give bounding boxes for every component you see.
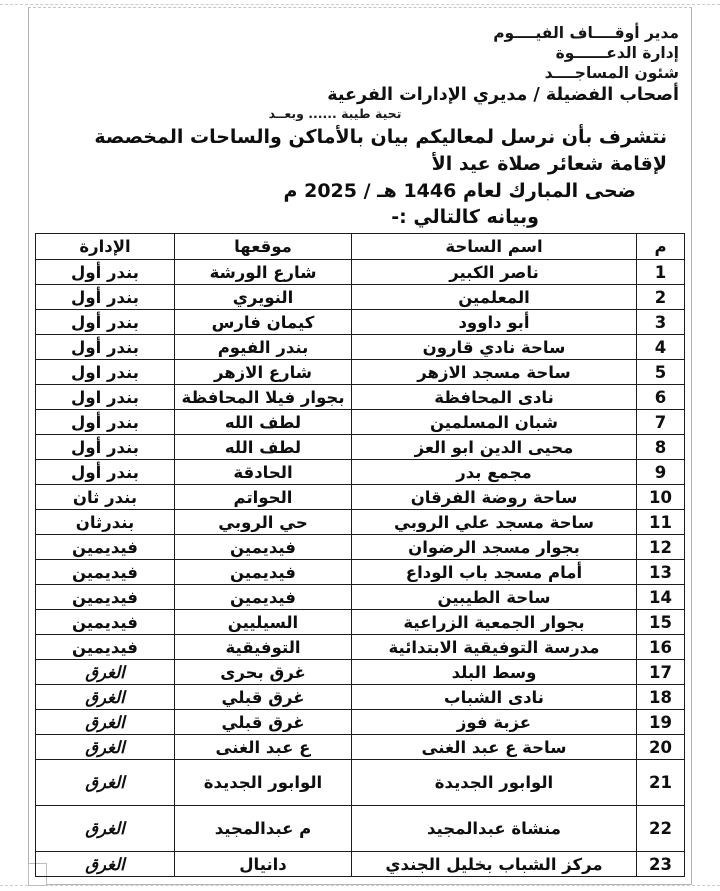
table-row: 20 ساحة ع عبد الغنى ع عبد الغنى الغرق bbox=[36, 735, 685, 760]
area-location: شارع الورشة bbox=[175, 260, 352, 285]
body-line-2: ضحى المبارك لعام 1446 هـ / 2025 م bbox=[29, 178, 691, 204]
area-location: فيديمين bbox=[175, 585, 352, 610]
table-body: 1 ناصر الكبير شارع الورشة بندر أول 2 الم… bbox=[36, 260, 685, 877]
row-number: 5 bbox=[637, 360, 685, 385]
table-row: 22 منشاة عبدالمجيد م عبدالمجيد الغرق bbox=[36, 806, 685, 852]
row-number: 10 bbox=[637, 485, 685, 510]
area-location: الوابور الجديدة bbox=[175, 760, 352, 806]
area-name: بجوار الجمعية الزراعية bbox=[352, 610, 637, 635]
table-header-row: م اسم الساحة موقعها الإدارة bbox=[36, 234, 685, 260]
table-row: 6 نادى المحافظة بجوار فيلا المحافظة بندر… bbox=[36, 385, 685, 410]
area-admin: بندر أول bbox=[36, 260, 175, 285]
row-number: 23 bbox=[637, 852, 685, 877]
area-location: م عبدالمجيد bbox=[175, 806, 352, 852]
area-location: فيديمين bbox=[175, 560, 352, 585]
table-row: 8 محيى الدين ابو العز لطف الله بندر أول bbox=[36, 435, 685, 460]
area-name: ساحة نادي قارون bbox=[352, 335, 637, 360]
table-row: 12 بجوار مسجد الرضوان فيديمين فيديمين bbox=[36, 535, 685, 560]
area-name: الوابور الجديدة bbox=[352, 760, 637, 806]
row-number: 17 bbox=[637, 660, 685, 685]
row-number: 15 bbox=[637, 610, 685, 635]
area-location: بندر الفيوم bbox=[175, 335, 352, 360]
sender-line-directorate: مدير أوقــــاف الفيــــوم bbox=[29, 23, 691, 43]
row-number: 20 bbox=[637, 735, 685, 760]
area-admin: بندر اول bbox=[36, 360, 175, 385]
area-name: منشاة عبدالمجيد bbox=[352, 806, 637, 852]
scan-edge-bottom bbox=[0, 885, 720, 886]
row-number: 22 bbox=[637, 806, 685, 852]
table-row: 2 المعلمين النويري بندر أول bbox=[36, 285, 685, 310]
row-number: 4 bbox=[637, 335, 685, 360]
area-name: مجمع بدر bbox=[352, 460, 637, 485]
document-page: { "header": { "line1": "مدير أوقــــاف ا… bbox=[0, 0, 720, 891]
table-row: 14 ساحة الطيبين فيديمين فيديمين bbox=[36, 585, 685, 610]
table-row: 13 أمام مسجد باب الوداع فيديمين فيديمين bbox=[36, 560, 685, 585]
area-location: التوفيقية bbox=[175, 635, 352, 660]
area-admin: فيديمين bbox=[36, 635, 175, 660]
col-header-num: م bbox=[637, 234, 685, 260]
area-admin: الغرق bbox=[36, 806, 175, 852]
area-name: ساحة ع عبد الغنى bbox=[352, 735, 637, 760]
table-row: 9 مجمع بدر الحادقة بندر أول bbox=[36, 460, 685, 485]
area-location: بجوار فيلا المحافظة bbox=[175, 385, 352, 410]
area-location: غرق قبلي bbox=[175, 685, 352, 710]
area-admin: بندر أول bbox=[36, 335, 175, 360]
area-location: دانيال bbox=[175, 852, 352, 877]
table-row: 10 ساحة روضة الفرقان الحواتم بندر ثان bbox=[36, 485, 685, 510]
row-number: 13 bbox=[637, 560, 685, 585]
area-location: الحواتم bbox=[175, 485, 352, 510]
row-number: 14 bbox=[637, 585, 685, 610]
area-location: السيليين bbox=[175, 610, 352, 635]
area-location: غرق بحرى bbox=[175, 660, 352, 685]
row-number: 6 bbox=[637, 385, 685, 410]
document-content: مدير أوقــــاف الفيــــوم إدارة الدعــــ… bbox=[29, 8, 691, 877]
body-line-3: وبيانه كالتالي :- bbox=[29, 204, 691, 230]
area-location: لطف الله bbox=[175, 410, 352, 435]
area-admin: الغرق bbox=[36, 660, 175, 685]
area-admin: الغرق bbox=[36, 735, 175, 760]
area-name: ساحة مسجد الازهر bbox=[352, 360, 637, 385]
row-number: 11 bbox=[637, 510, 685, 535]
area-name: عزبة فوز bbox=[352, 710, 637, 735]
area-location: كيمان فارس bbox=[175, 310, 352, 335]
sender-line-mosque-affairs: شئون المساجــــد bbox=[29, 63, 691, 83]
table-row: 7 شبان المسلمين لطف الله بندر أول bbox=[36, 410, 685, 435]
area-location: غرق قبلي bbox=[175, 710, 352, 735]
col-header-location: موقعها bbox=[175, 234, 352, 260]
area-name: وسط البلد bbox=[352, 660, 637, 685]
area-name: أبو داوود bbox=[352, 310, 637, 335]
row-number: 21 bbox=[637, 760, 685, 806]
area-name: مدرسة التوفيقية الابتدائية bbox=[352, 635, 637, 660]
area-admin: الغرق bbox=[36, 710, 175, 735]
area-admin: فيديمين bbox=[36, 610, 175, 635]
area-admin: بندر ثان bbox=[36, 485, 175, 510]
area-name: ساحة روضة الفرقان bbox=[352, 485, 637, 510]
row-number: 16 bbox=[637, 635, 685, 660]
area-admin: بندر أول bbox=[36, 460, 175, 485]
row-number: 18 bbox=[637, 685, 685, 710]
area-location: ع عبد الغنى bbox=[175, 735, 352, 760]
table-row: 21 الوابور الجديدة الوابور الجديدة الغرق bbox=[36, 760, 685, 806]
area-admin: فيديمين bbox=[36, 585, 175, 610]
recipient-line: أصحاب الفضيلة / مديري الإدارات الفرعية bbox=[29, 84, 691, 106]
area-admin: بندر اول bbox=[36, 385, 175, 410]
sender-line-department: إدارة الدعــــــوة bbox=[29, 43, 691, 63]
area-admin: الغرق bbox=[36, 852, 175, 877]
table-row: 11 ساحة مسجد علي الروبي حي الروبي بندرثا… bbox=[36, 510, 685, 535]
table-row: 17 وسط البلد غرق بحرى الغرق bbox=[36, 660, 685, 685]
table-row: 3 أبو داوود كيمان فارس بندر أول bbox=[36, 310, 685, 335]
prayer-areas-table: م اسم الساحة موقعها الإدارة 1 ناصر الكبي… bbox=[35, 233, 685, 877]
area-name: المعلمين bbox=[352, 285, 637, 310]
row-number: 2 bbox=[637, 285, 685, 310]
area-admin: فيديمين bbox=[36, 560, 175, 585]
area-admin: بندرثان bbox=[36, 510, 175, 535]
row-number: 1 bbox=[637, 260, 685, 285]
area-name: نادى الشباب bbox=[352, 685, 637, 710]
table-row: 16 مدرسة التوفيقية الابتدائية التوفيقية … bbox=[36, 635, 685, 660]
area-admin: الغرق bbox=[36, 760, 175, 806]
area-admin: بندر أول bbox=[36, 435, 175, 460]
row-number: 9 bbox=[637, 460, 685, 485]
table-row: 15 بجوار الجمعية الزراعية السيليين فيديم… bbox=[36, 610, 685, 635]
area-admin: بندر أول bbox=[36, 285, 175, 310]
body-line-1: نتشرف بأن نرسل لمعاليكم بيان بالأماكن وا… bbox=[29, 124, 691, 178]
area-name: بجوار مسجد الرضوان bbox=[352, 535, 637, 560]
area-name: ساحة مسجد علي الروبي bbox=[352, 510, 637, 535]
table-row: 18 نادى الشباب غرق قبلي الغرق bbox=[36, 685, 685, 710]
area-name: مركز الشباب بخليل الجندي bbox=[352, 852, 637, 877]
area-name: نادى المحافظة bbox=[352, 385, 637, 410]
area-admin: بندر أول bbox=[36, 310, 175, 335]
area-name: أمام مسجد باب الوداع bbox=[352, 560, 637, 585]
row-number: 19 bbox=[637, 710, 685, 735]
table-row: 1 ناصر الكبير شارع الورشة بندر أول bbox=[36, 260, 685, 285]
scan-edge-top bbox=[0, 4, 720, 5]
area-location: شارع الازهر bbox=[175, 360, 352, 385]
row-number: 12 bbox=[637, 535, 685, 560]
col-header-area-name: اسم الساحة bbox=[352, 234, 637, 260]
area-name: شبان المسلمين bbox=[352, 410, 637, 435]
row-number: 3 bbox=[637, 310, 685, 335]
area-location: الحادقة bbox=[175, 460, 352, 485]
row-number: 8 bbox=[637, 435, 685, 460]
area-admin: بندر أول bbox=[36, 410, 175, 435]
area-location: فيديمين bbox=[175, 535, 352, 560]
greeting-line: تحية طيبة ...... وبعــد bbox=[4, 106, 666, 122]
col-header-admin: الإدارة bbox=[36, 234, 175, 260]
table-row: 19 عزبة فوز غرق قبلي الغرق bbox=[36, 710, 685, 735]
table-row: 4 ساحة نادي قارون بندر الفيوم بندر أول bbox=[36, 335, 685, 360]
area-admin: فيديمين bbox=[36, 535, 175, 560]
table-row: 23 مركز الشباب بخليل الجندي دانيال الغرق bbox=[36, 852, 685, 877]
area-location: حي الروبي bbox=[175, 510, 352, 535]
area-admin: الغرق bbox=[36, 685, 175, 710]
area-name: ناصر الكبير bbox=[352, 260, 637, 285]
table-row: 5 ساحة مسجد الازهر شارع الازهر بندر اول bbox=[36, 360, 685, 385]
area-location: لطف الله bbox=[175, 435, 352, 460]
area-name: ساحة الطيبين bbox=[352, 585, 637, 610]
row-number: 7 bbox=[637, 410, 685, 435]
area-location: النويري bbox=[175, 285, 352, 310]
area-name: محيى الدين ابو العز bbox=[352, 435, 637, 460]
